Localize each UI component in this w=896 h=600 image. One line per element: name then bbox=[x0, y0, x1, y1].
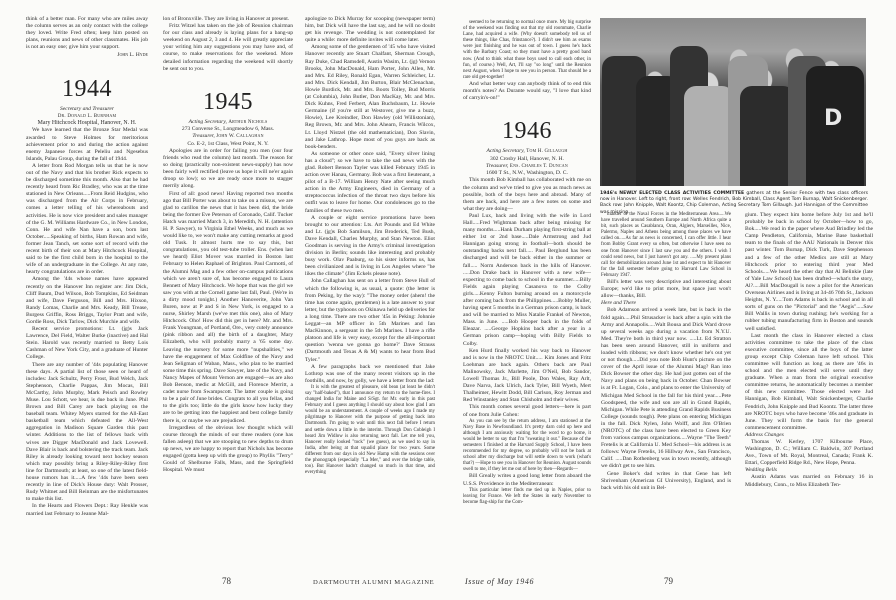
running-head-left: DARTMOUTH ALUMNI MAGAZINE bbox=[313, 579, 434, 586]
paragraph: And what better way can anybody think of… bbox=[463, 81, 591, 102]
paragraph: This month comes several good letters—he… bbox=[463, 404, 591, 418]
column-4: seemed to be returning to normal once mo… bbox=[463, 20, 591, 506]
paragraph: Bill's letter was very descriptive and i… bbox=[601, 279, 731, 300]
quoted-letter-continued: mander of the Naval Forces in the Medite… bbox=[601, 212, 731, 279]
paragraph: Bob Adamson arrived a week late, but is … bbox=[601, 307, 731, 470]
sweater-letter-d: D bbox=[824, 106, 842, 131]
officer-line: Treasurer, Ens. Charles T. Duncan bbox=[463, 163, 591, 170]
paragraph: We have learned that the Bronze Star Med… bbox=[26, 127, 148, 162]
column-5: mander of the Naval Forces in the Medite… bbox=[601, 212, 731, 492]
column-6: gium. They expect him home before July 1… bbox=[745, 212, 873, 489]
column-2: lon of Bronxville. They are living in Ha… bbox=[163, 16, 293, 474]
officer-address: 302 Crosby Hall, Hanover, N. H. bbox=[463, 156, 591, 163]
paragraph: First of all: good news! Having reported… bbox=[163, 191, 293, 425]
quoted-letter: As you can see by the return address, I … bbox=[463, 419, 591, 474]
paragraph: Last month the class in Hanover elected … bbox=[745, 333, 873, 432]
paragraph: In the Hearts and Flowers Dept.: Ray Hen… bbox=[26, 503, 148, 517]
paragraph: apologize to Dick Murray for scooping (n… bbox=[305, 16, 435, 44]
class-year-heading: 1945 bbox=[163, 89, 293, 115]
subhead-wedding-bells: Wedding Bells bbox=[745, 467, 873, 474]
caption-lead: 1946's NEWLY ELECTED CLASS ACTIVITIES CO… bbox=[600, 191, 744, 196]
paragraph: Ken Hurd finally worked his way back to … bbox=[463, 348, 591, 405]
class-year-heading: 1946 bbox=[463, 118, 591, 144]
paragraph: A few paragraphs back we mentioned that … bbox=[305, 364, 435, 385]
officer-address: 1600 T St., N.W., Washington, D. C. bbox=[463, 170, 591, 177]
class-year-heading: 1944 bbox=[26, 76, 148, 102]
class-committee-photo: D bbox=[600, 18, 866, 186]
subhead-here-and-there: Here and There bbox=[601, 300, 731, 307]
paragraph: There are any number of '44s populating … bbox=[26, 362, 148, 504]
officer-name: Dr. Donald L. Burnham bbox=[26, 113, 148, 120]
paragraph: Paul Lux, back and living with the wife … bbox=[463, 213, 591, 348]
running-head-right: Issue of May 1946 bbox=[465, 577, 534, 586]
quoted-letter: This particular letter finds me tied up … bbox=[463, 488, 591, 506]
paragraph: This month Bob Kimball has collaborated … bbox=[463, 177, 591, 212]
paragraph: A couple or eight service promotions hav… bbox=[305, 215, 435, 279]
quoted-letter: It is with the greatest of pleasure, old… bbox=[305, 385, 435, 476]
paragraph: Bill Greally writes a good long letter f… bbox=[463, 473, 591, 487]
paragraph: Apologies are in order for failing you m… bbox=[163, 148, 293, 191]
paragraph: gium. They expect him home before July 1… bbox=[745, 212, 873, 333]
officer-address: 273 Converse St., Longmeadow 6, Mass. bbox=[163, 126, 293, 133]
officer-role: Secretary and Treasurer bbox=[26, 106, 148, 113]
column-3: apologize to Dick Murray for scooping (n… bbox=[305, 16, 435, 476]
paragraph: Recent service promotions: Lt. (jg)s Jac… bbox=[26, 326, 148, 361]
signature: John L. Hyde bbox=[26, 52, 148, 59]
officer-address: Mary Hitchcock Hospital, Hanover, N. H. bbox=[26, 120, 148, 127]
officer-line: Acting Secretary, Arthur Nichols bbox=[163, 119, 293, 126]
subhead-address-changes: Address Changes bbox=[745, 432, 873, 439]
paragraph: John Callaghan has sent on a letter from… bbox=[305, 278, 435, 363]
paragraph: Among the '44s whose names have appeared… bbox=[26, 276, 148, 326]
officer-line: Treasurer, John W. Callaghan bbox=[163, 133, 293, 140]
paragraph: Thomas W. Kerley, 1707 Kilbourne Place, … bbox=[745, 439, 873, 467]
paragraph: A letter from Rod Morgan tells us that h… bbox=[26, 163, 148, 277]
paragraph: Fritz Witzel has taken on the job of Reu… bbox=[163, 23, 293, 73]
page-number-left: 78 bbox=[222, 576, 231, 586]
paragraph: Among some of the gentlemen of '45 who h… bbox=[305, 44, 435, 150]
paragraph: Austin Adams was married on February 16 … bbox=[745, 474, 873, 488]
officer-line: Acting Secretary, Tom H. Gillaugh bbox=[463, 148, 591, 155]
paragraph: Gene Boker's dad writes in that Gene has… bbox=[601, 471, 731, 492]
paragraph: As someone or other once said, "Every si… bbox=[305, 151, 435, 215]
paragraph: Irregardless of the obvious low thought … bbox=[163, 425, 293, 475]
column-1: think of a better man. For many who are … bbox=[26, 16, 148, 518]
quoted-letter-continued: seemed to be returning to normal once mo… bbox=[463, 20, 591, 81]
officer-address: Co. E-2, 1st Class, West Point, N. Y. bbox=[163, 141, 293, 148]
intro-paragraph: think of a better man. For many who are … bbox=[26, 16, 148, 51]
page-number-right: 79 bbox=[664, 576, 673, 586]
